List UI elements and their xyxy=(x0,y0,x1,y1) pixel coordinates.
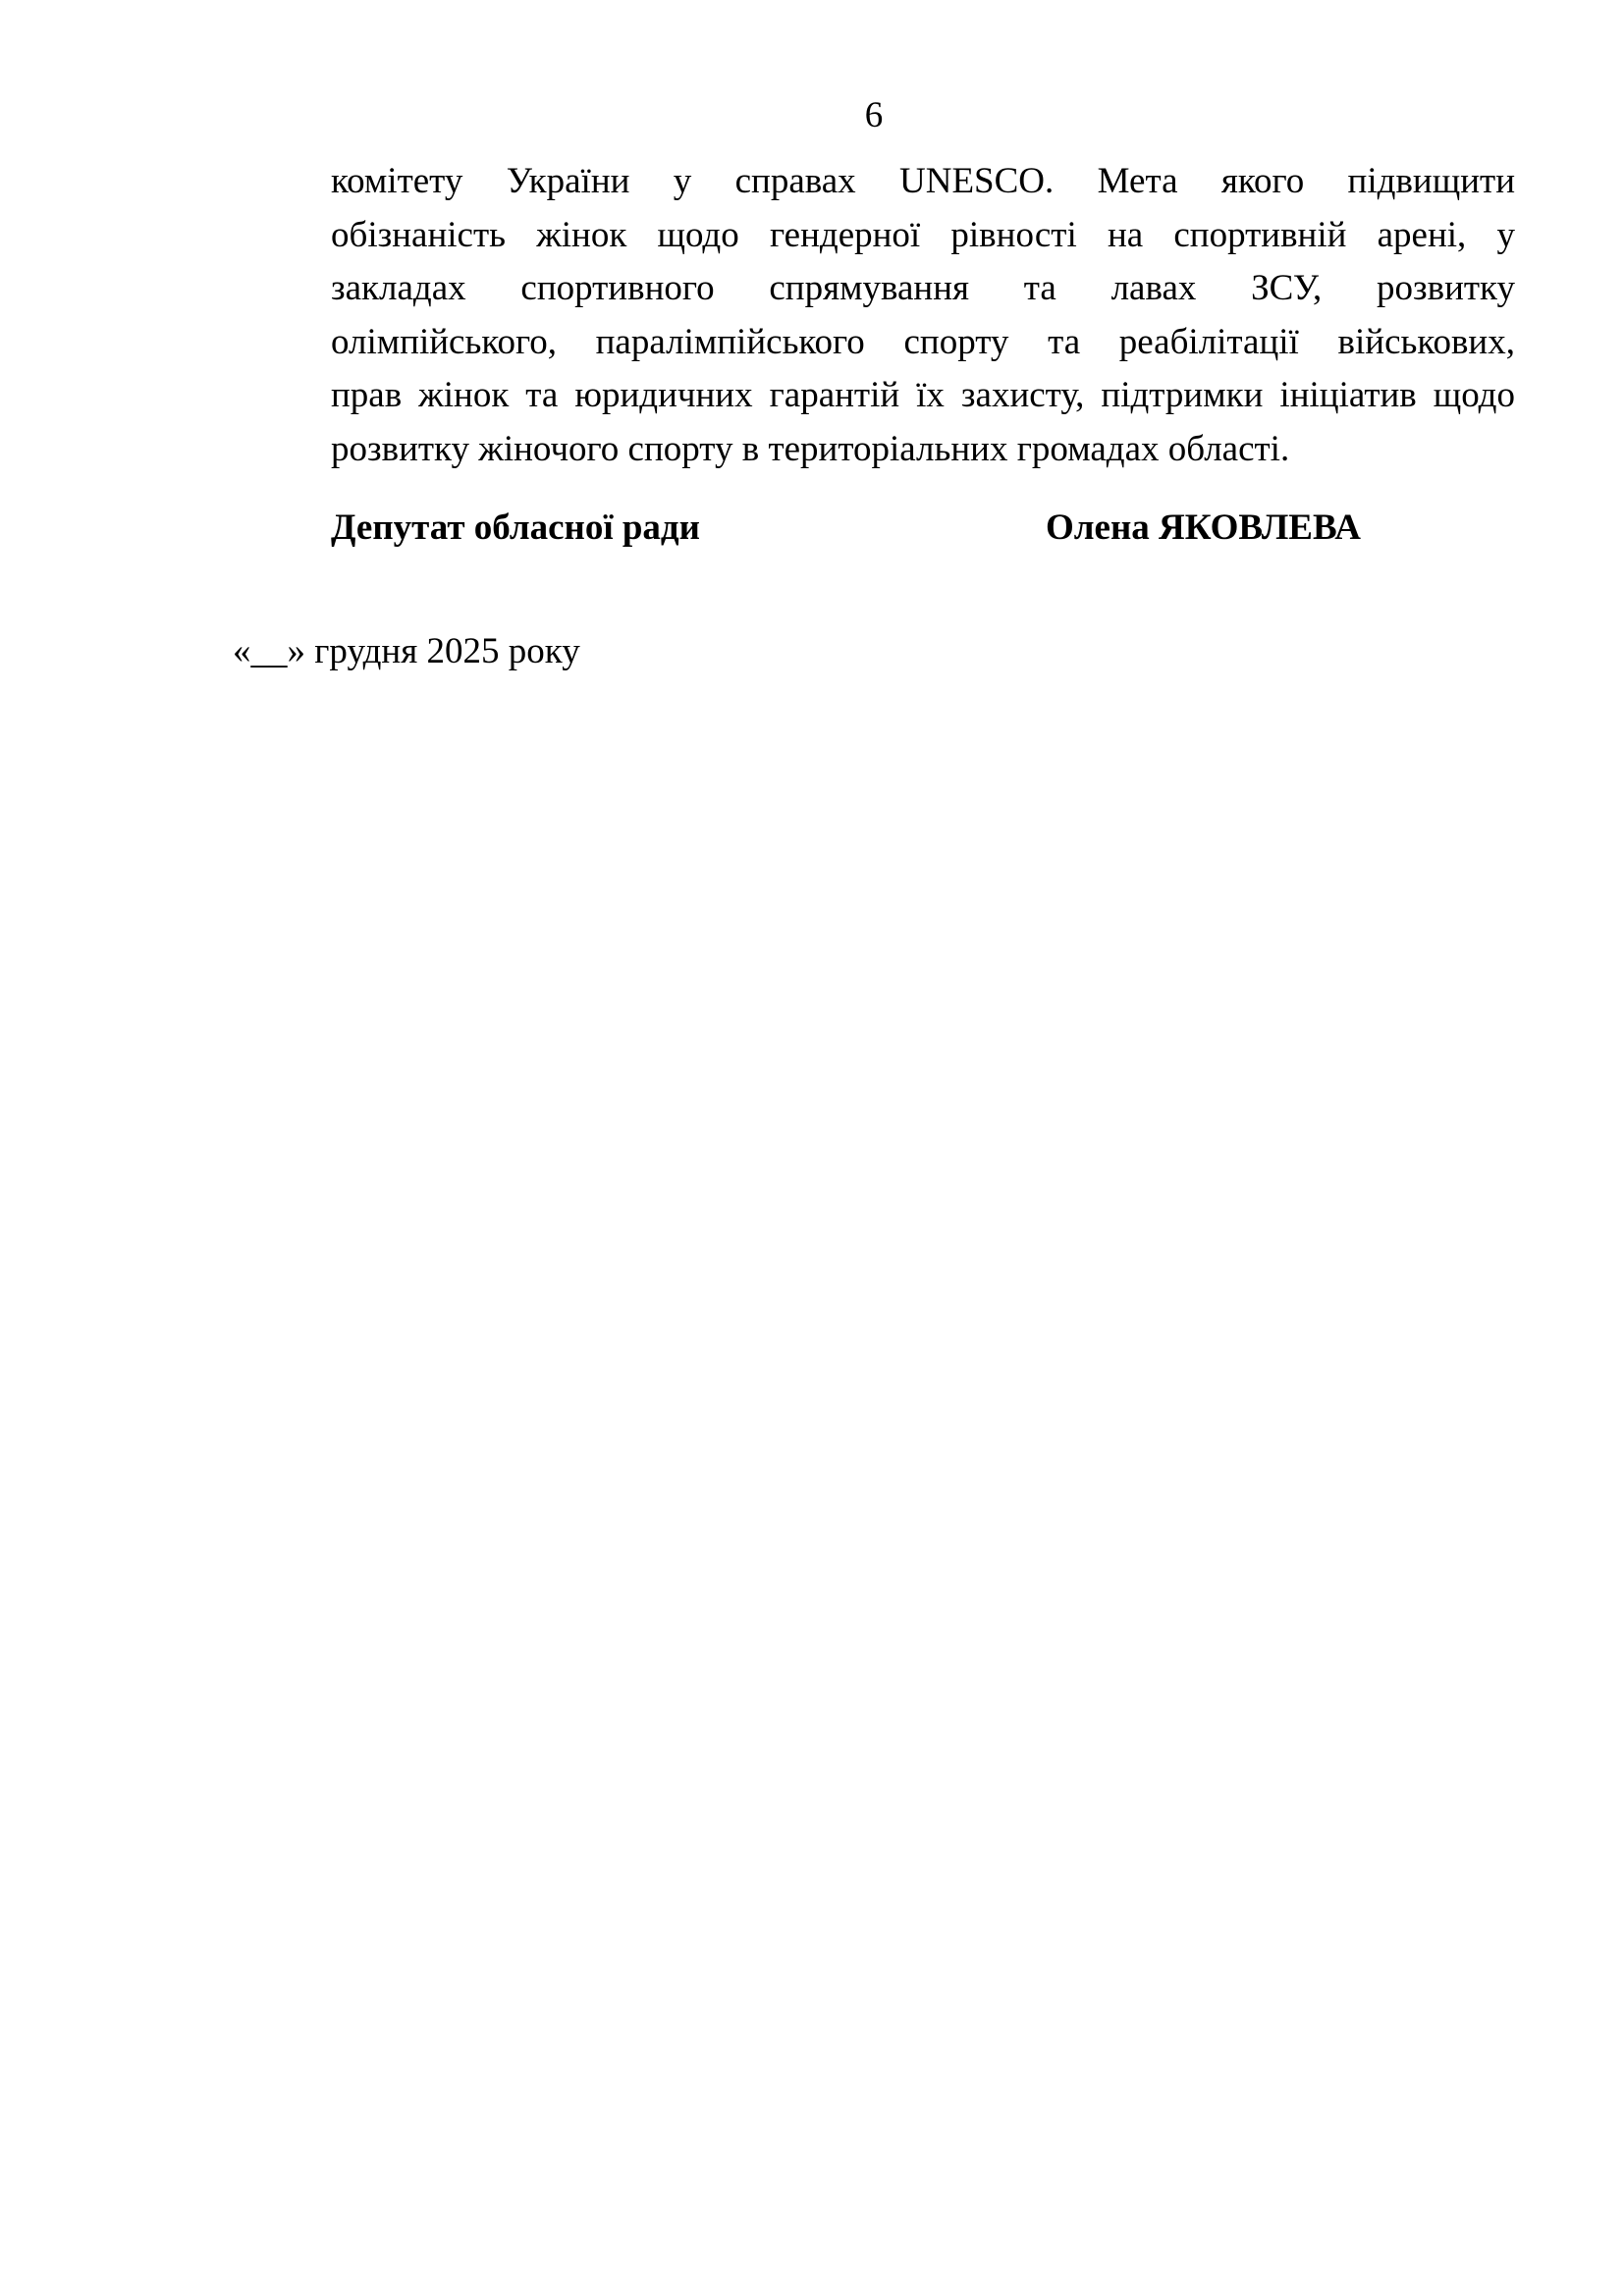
body-line: олімпійського, паралімпійського спорту т… xyxy=(331,316,1515,370)
body-line: закладах спортивного спрямування та лава… xyxy=(331,262,1515,316)
page-number: 6 xyxy=(0,94,1624,137)
body-paragraph: комітету України у справах UNESCO. Мета … xyxy=(331,155,1515,476)
document-date: «__» грудня 2025 року xyxy=(233,630,580,673)
signature-name: Олена ЯКОВЛЕВА xyxy=(1046,507,1361,550)
body-line: обізнаність жінок щодо гендерної рівност… xyxy=(331,209,1515,263)
body-line: прав жінок та юридичних гарантій їх захи… xyxy=(331,369,1515,423)
signature-title: Депутат обласної ради xyxy=(331,507,700,550)
body-line: комітету України у справах UNESCO. Мета … xyxy=(331,155,1515,209)
body-line: розвитку жіночого спорту в територіальни… xyxy=(331,423,1515,477)
